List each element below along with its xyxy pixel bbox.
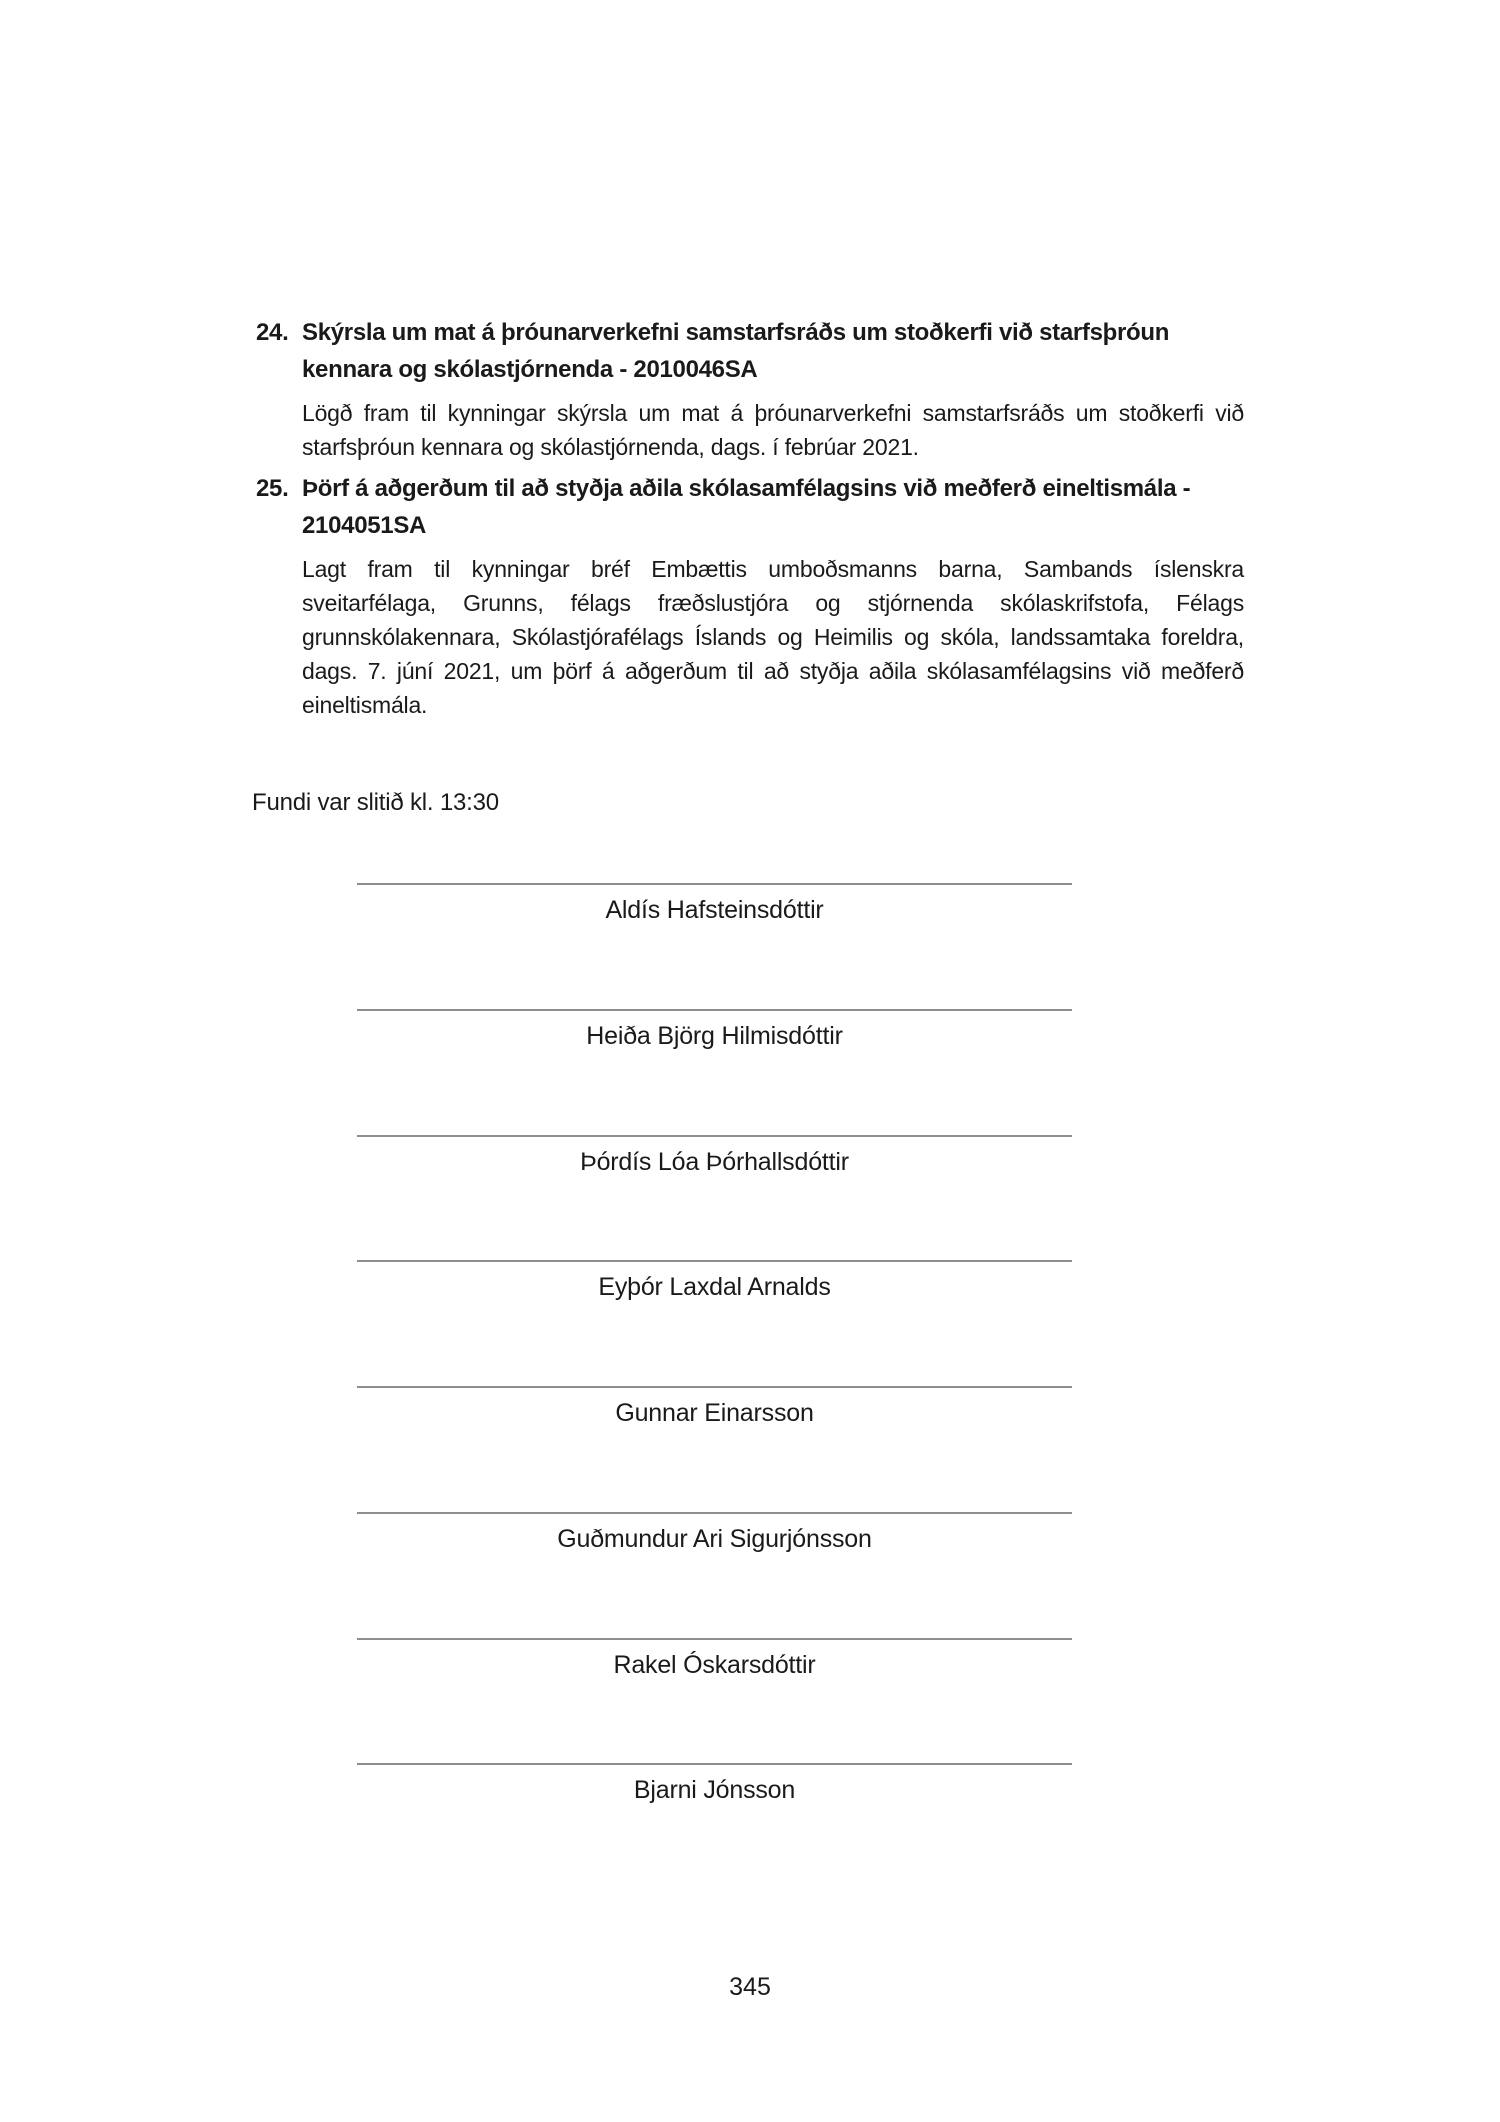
signature-entry: Aldís Hafsteinsdóttir [357,883,1072,1009]
signature-entry: Þórdís Lóa Þórhallsdóttir [357,1135,1072,1261]
agenda-item-heading: 24. Skýrsla um mat á þróunarverkefni sam… [256,314,1244,388]
signatory-name: Guðmundur Ari Sigurjónsson [357,1524,1072,1554]
signatory-name: Bjarni Jónsson [357,1775,1072,1805]
signature-line [357,1260,1072,1262]
signatory-name: Aldís Hafsteinsdóttir [357,895,1072,925]
signature-line [357,1638,1072,1640]
agenda-item-24: 24. Skýrsla um mat á þróunarverkefni sam… [256,314,1244,464]
signature-line [357,1386,1072,1388]
signatory-name: Þórdís Lóa Þórhallsdóttir [357,1147,1072,1177]
signature-line [357,1763,1072,1765]
signature-line [357,1512,1072,1514]
signatory-name: Heiða Björg Hilmisdóttir [357,1021,1072,1051]
page-number: 345 [0,1972,1500,2002]
signatory-name: Rakel Óskarsdóttir [357,1650,1072,1680]
signatory-name: Eyþór Laxdal Arnalds [357,1272,1072,1302]
signature-entry: Rakel Óskarsdóttir [357,1638,1072,1764]
signature-line [357,1009,1072,1011]
agenda-item-title: Þörf á aðgerðum til að styðja aðila skól… [302,470,1244,544]
agenda-item-number: 24. [256,314,302,351]
signature-entry: Bjarni Jónsson [357,1763,1072,1889]
signature-entry: Gunnar Einarsson [357,1386,1072,1512]
signature-line [357,883,1072,885]
agenda-item-title: Skýrsla um mat á þróunarverkefni samstar… [302,314,1244,388]
document-page: 24. Skýrsla um mat á þróunarverkefni sam… [0,0,1500,2122]
agenda-item-25: 25. Þörf á aðgerðum til að styðja aðila … [256,470,1244,722]
signatory-name: Gunnar Einarsson [357,1398,1072,1428]
agenda-item-body: Lagt fram til kynningar bréf Embættis um… [302,552,1244,722]
agenda-item-number: 25. [256,470,302,507]
agenda-item-heading: 25. Þörf á aðgerðum til að styðja aðila … [256,470,1244,544]
signature-entry: Eyþór Laxdal Arnalds [357,1260,1072,1386]
signature-entry: Guðmundur Ari Sigurjónsson [357,1512,1072,1638]
agenda-item-body: Lögð fram til kynningar skýrsla um mat á… [302,396,1244,464]
signature-line [357,1135,1072,1137]
meeting-closing-note: Fundi var slitið kl. 13:30 [252,788,499,818]
signature-entry: Heiða Björg Hilmisdóttir [357,1009,1072,1135]
